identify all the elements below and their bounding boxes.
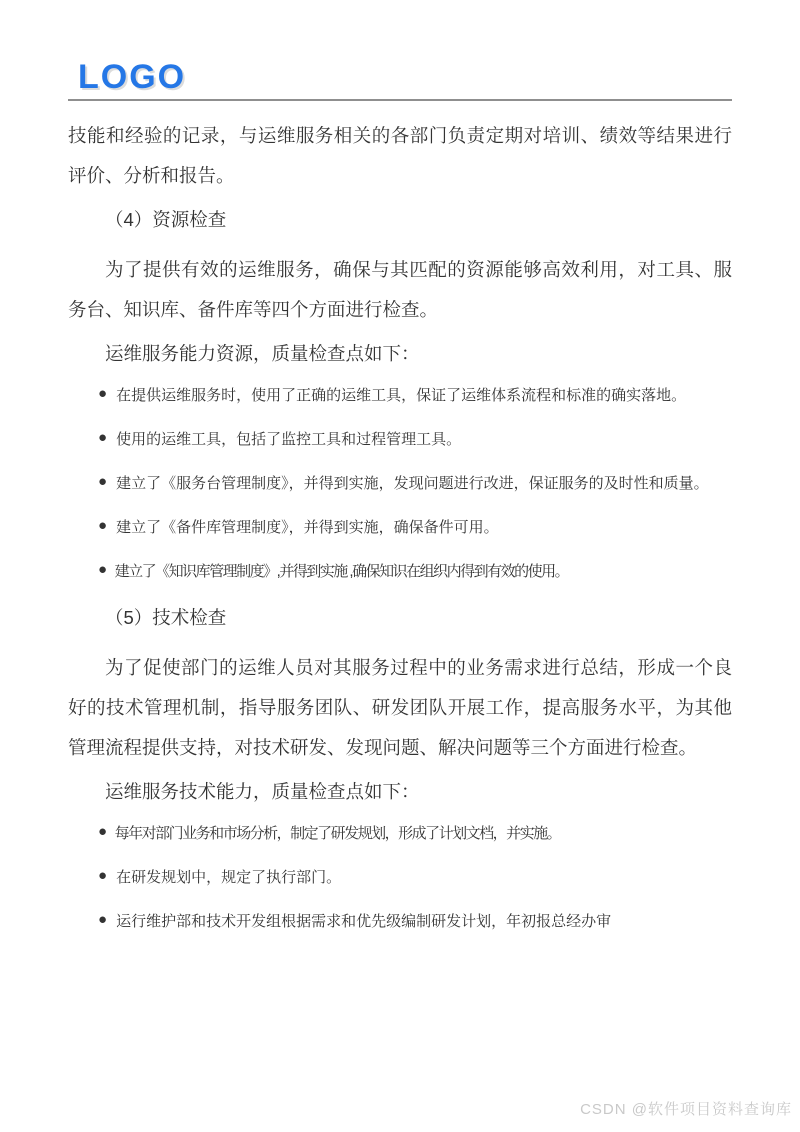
bullet-text: 运行维护部和技术开发组根据需求和优先级编制研发计划，年初报总经办审 — [116, 913, 611, 930]
bullet-text: 建立了《备件库管理制度》，并得到实施，确保备件可用。 — [116, 519, 499, 536]
bullet-text: 每年对部门业务和市场分析，制定了研发规划，形成了计划文档，并实施。 — [115, 825, 561, 842]
section-heading: （5）技术检查 — [68, 598, 732, 638]
paragraph: 为了提供有效的运维服务，确保与其匹配的资源能够高效利用，对工具、服务台、知识库、… — [68, 250, 732, 330]
bullet-icon: ● — [98, 429, 107, 446]
paragraph: 技能和经验的记录，与运维服务相关的各部门负责定期对培训、绩效等结果进行评价、分析… — [68, 116, 732, 196]
bullet-item: ●建立了《备件库管理制度》，并得到实施，确保备件可用。 — [68, 508, 723, 548]
paragraph: 运维服务技术能力，质量检查点如下： — [68, 772, 732, 812]
bullet-text: 在提供运维服务时，使用了正确的运维工具，保证了运维体系流程和标准的确实落地。 — [116, 387, 686, 404]
bullet-item: ●运行维护部和技术开发组根据需求和优先级编制研发计划，年初报总经办审 — [68, 902, 723, 942]
bullet-text: 在研发规划中，规定了执行部门。 — [116, 869, 341, 886]
bullet-icon: ● — [98, 911, 107, 928]
csdn-watermark: CSDN @软件项目资料查询库 — [580, 1098, 792, 1119]
bullet-text: 使用的运维工具，包括了监控工具和过程管理工具。 — [116, 431, 461, 448]
bullet-item: ●建立了《知识库管理制度》,并得到实施 ,确保知识在组织内得到有效的使用。 — [68, 552, 723, 592]
paragraph: 为了促使部门的运维人员对其服务过程中的业务需求进行总结，形成一个良好的技术管理机… — [68, 648, 732, 768]
document-page: LOGO 技能和经验的记录，与运维服务相关的各部门负责定期对培训、绩效等结果进行… — [0, 0, 800, 1132]
bullet-icon: ● — [98, 823, 106, 840]
bullet-text: 建立了《知识库管理制度》,并得到实施 ,确保知识在组织内得到有效的使用。 — [115, 563, 569, 580]
bullet-item: ●使用的运维工具，包括了监控工具和过程管理工具。 — [68, 420, 723, 460]
bullet-icon: ● — [98, 561, 106, 578]
bullet-text: 建立了《服务台管理制度》，并得到实施，发现问题进行改进，保证服务的及时性和质量。 — [116, 475, 709, 492]
bullet-icon: ● — [98, 517, 107, 534]
bullet-item: ●建立了《服务台管理制度》，并得到实施，发现问题进行改进，保证服务的及时性和质量… — [68, 464, 723, 504]
page-header: LOGO — [0, 0, 800, 101]
company-logo: LOGO — [78, 60, 186, 94]
bullet-icon: ● — [98, 867, 107, 884]
header-divider — [68, 99, 732, 101]
paragraph: 运维服务能力资源，质量检查点如下： — [68, 334, 732, 374]
bullet-item: ●在研发规划中，规定了执行部门。 — [68, 858, 723, 898]
section-heading: （4）资源检查 — [68, 200, 732, 240]
bullet-item: ●每年对部门业务和市场分析，制定了研发规划，形成了计划文档，并实施。 — [68, 814, 723, 854]
bullet-item: ●在提供运维服务时，使用了正确的运维工具，保证了运维体系流程和标准的确实落地。 — [68, 376, 723, 416]
document-body: 技能和经验的记录，与运维服务相关的各部门负责定期对培训、绩效等结果进行评价、分析… — [0, 109, 800, 944]
bullet-icon: ● — [98, 473, 107, 490]
bullet-icon: ● — [98, 385, 107, 402]
